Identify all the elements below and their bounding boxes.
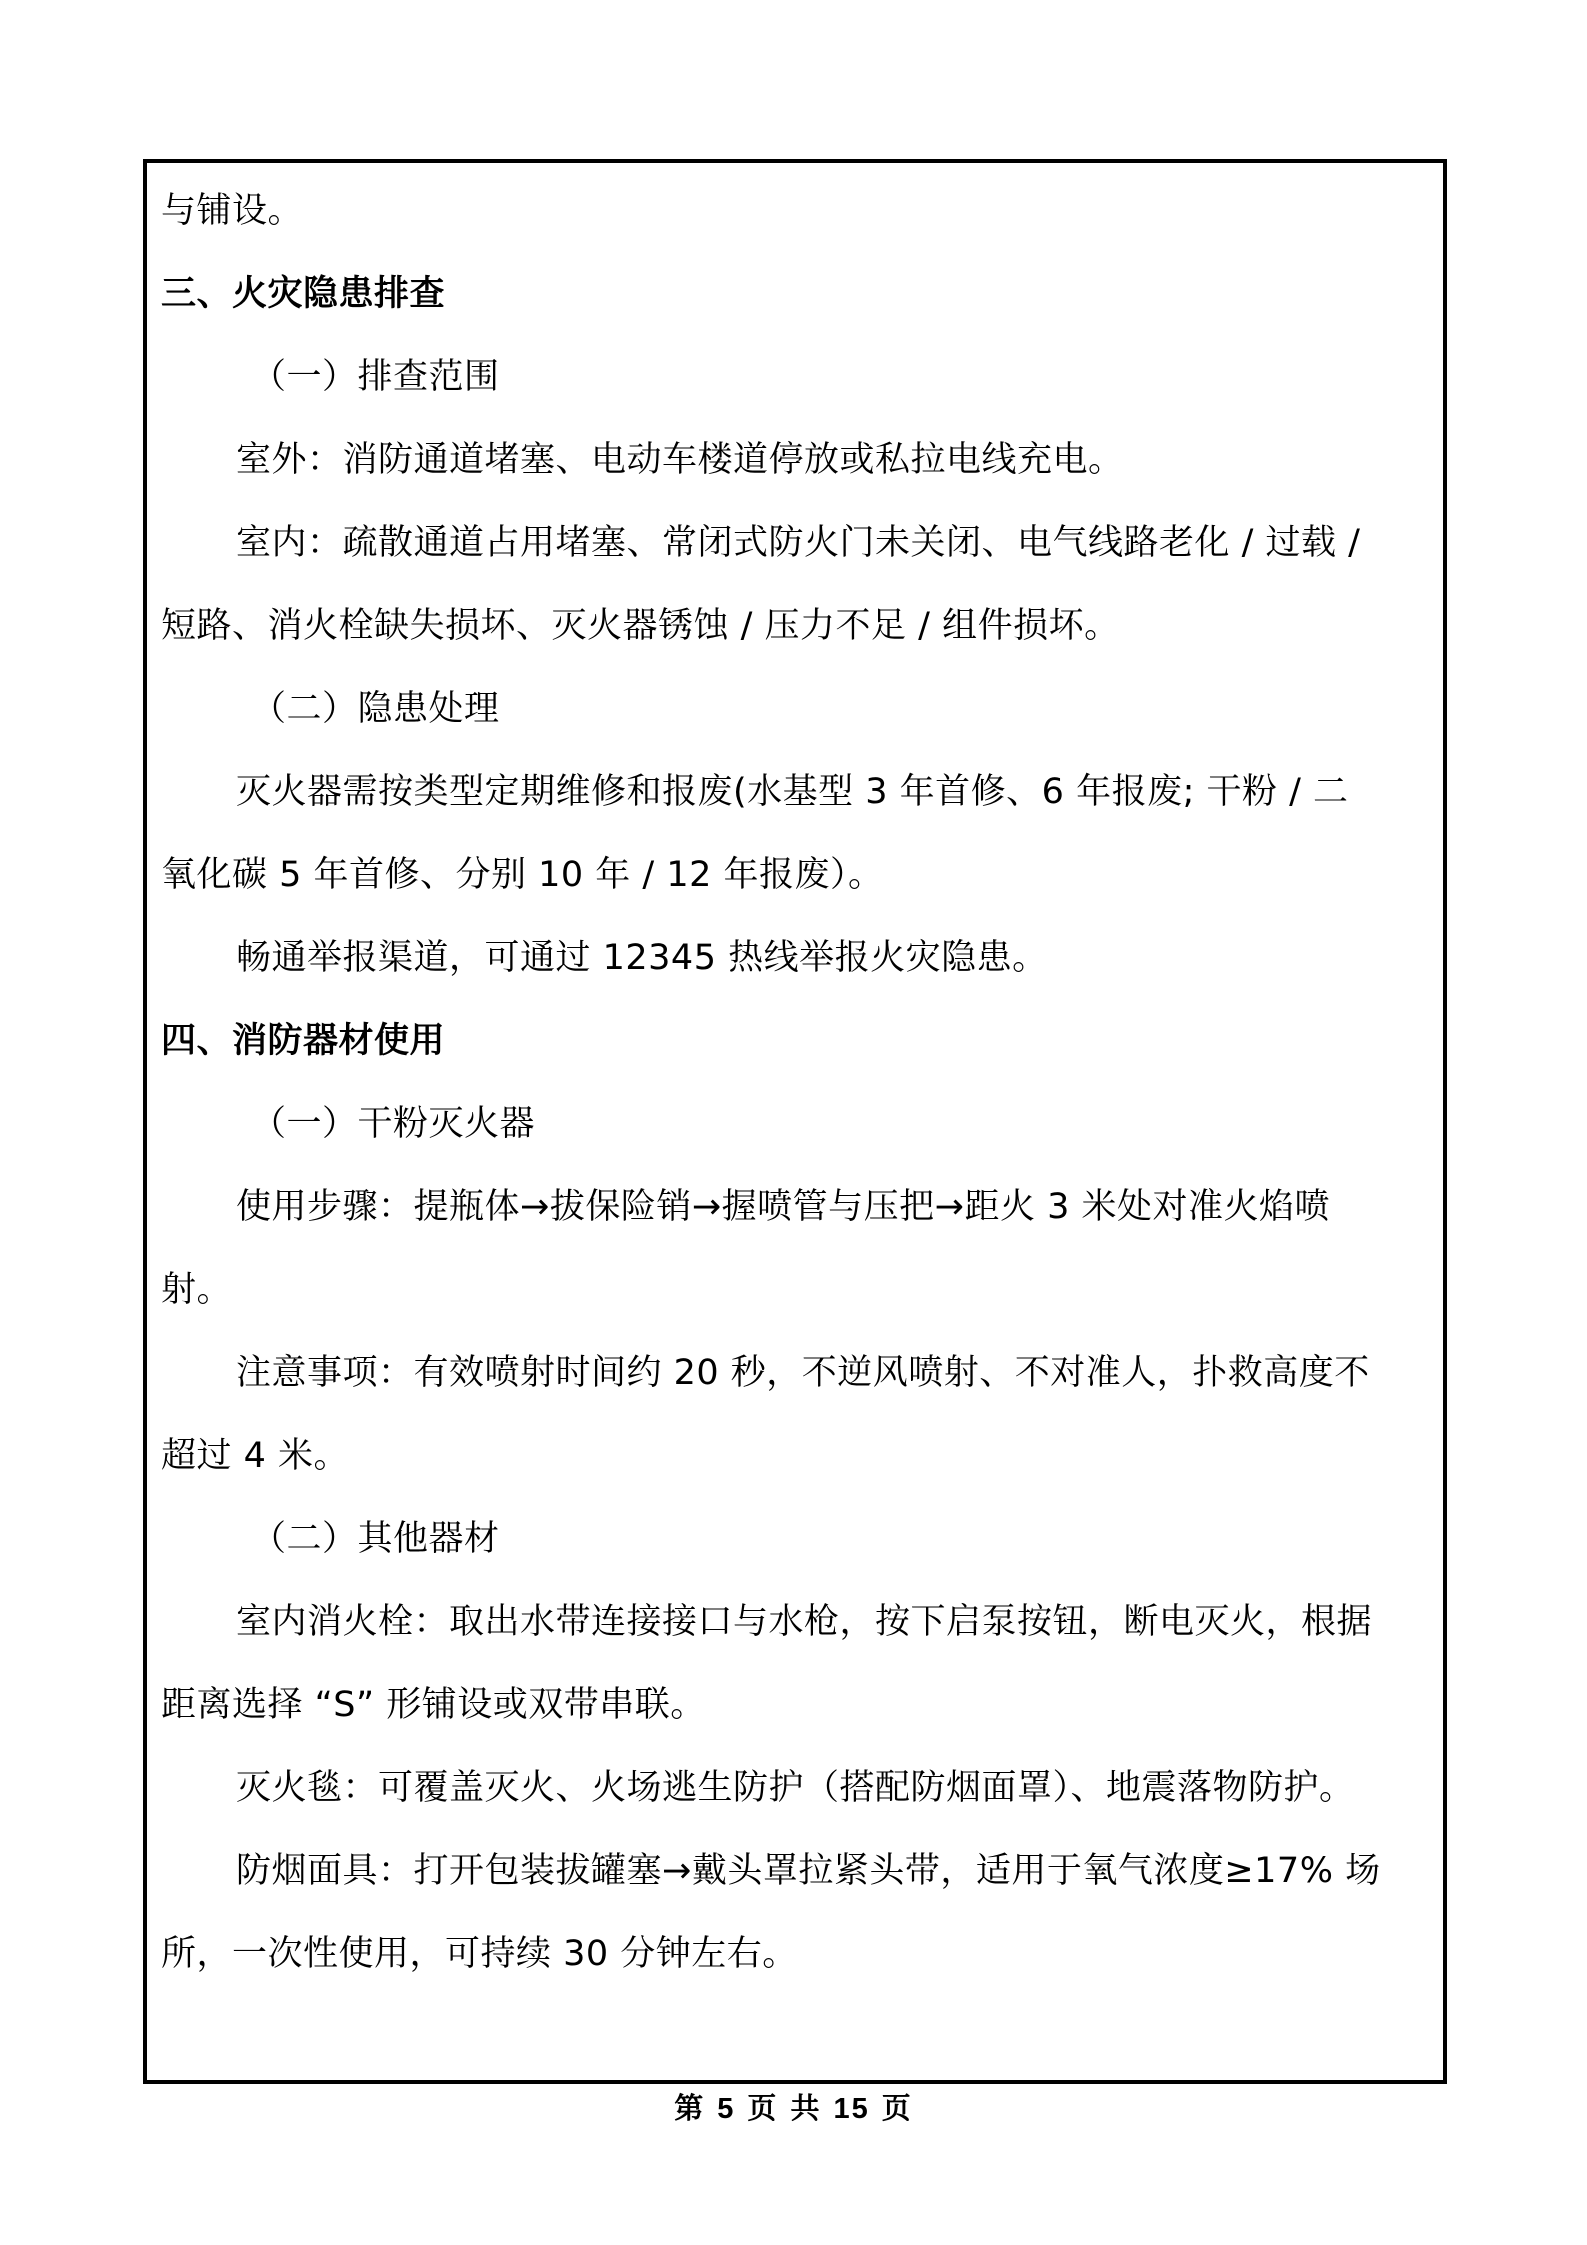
page-footer: 第5页共15页 (0, 2086, 1587, 2127)
document-frame: 与铺设。 三、火灾隐患排查 （一）排查范围 室外：消防通道堵塞、电动车楼道停放或… (143, 159, 1447, 2084)
paragraph-indoor-cont: 短路、消火栓缺失损坏、灭火器锈蚀 / 压力不足 / 组件损坏。 (161, 606, 1120, 646)
total-page-count: 15 (833, 2093, 869, 2125)
current-page-number: 5 (717, 2093, 735, 2125)
paragraph-usage-steps-cont: 射。 (161, 1270, 232, 1310)
footer-suffix: 页 (882, 2093, 913, 2125)
text-line: 与铺设。 (161, 191, 303, 231)
paragraph-usage-steps: 使用步骤：提瓶体→拔保险销→握喷管与压把→距火 3 米处对准火焰喷 (236, 1187, 1330, 1227)
subheading-hazard-handling: （二）隐患处理 (251, 689, 500, 729)
paragraph-precautions-cont: 超过 4 米。 (161, 1436, 349, 1476)
paragraph-extinguisher-maintenance-cont: 氧化碳 5 年首修、分别 10 年 / 12 年报废）。 (161, 855, 884, 895)
footer-total-prefix: 共 (790, 2093, 821, 2125)
paragraph-fire-blanket: 灭火毯：可覆盖灭火、火场逃生防护（搭配防烟面罩）、地震落物防护。 (236, 1768, 1355, 1808)
paragraph-report-channel: 畅通举报渠道，可通过 12345 热线举报火灾隐患。 (236, 938, 1048, 978)
footer-page-word: 页 (747, 2093, 778, 2125)
paragraph-hydrant-cont: 距离选择 “S” 形铺设或双带串联。 (161, 1685, 706, 1725)
subheading-dry-powder: （一）干粉灭火器 (251, 1104, 535, 1144)
paragraph-smoke-mask: 防烟面具：打开包装拔罐塞→戴头罩拉紧头带，适用于氧气浓度≥17% 场 (236, 1851, 1381, 1891)
subheading-inspection-scope: （一）排查范围 (251, 357, 500, 397)
paragraph-precautions: 注意事项：有效喷射时间约 20 秒，不逆风喷射、不对准人，扑救高度不 (236, 1353, 1370, 1393)
section-heading-fire-hazard: 三、火灾隐患排查 (161, 274, 445, 314)
footer-prefix: 第 (674, 2093, 705, 2125)
paragraph-indoor: 室内：疏散通道占用堵塞、常闭式防火门未关闭、电气线路老化 / 过载 / (236, 523, 1360, 563)
paragraph-smoke-mask-cont: 所，一次性使用，可持续 30 分钟左右。 (161, 1934, 798, 1974)
paragraph-outdoor: 室外：消防通道堵塞、电动车楼道停放或私拉电线充电。 (236, 440, 1124, 480)
subheading-other-equipment: （二）其他器材 (251, 1519, 500, 1559)
paragraph-extinguisher-maintenance: 灭火器需按类型定期维修和报废(水基型 3 年首修、6 年报废; 干粉 / 二 (236, 772, 1349, 812)
paragraph-hydrant: 室内消火栓：取出水带连接接口与水枪，按下启泵按钮，断电灭火，根据 (236, 1602, 1372, 1642)
section-heading-equipment-use: 四、消防器材使用 (161, 1021, 445, 1061)
